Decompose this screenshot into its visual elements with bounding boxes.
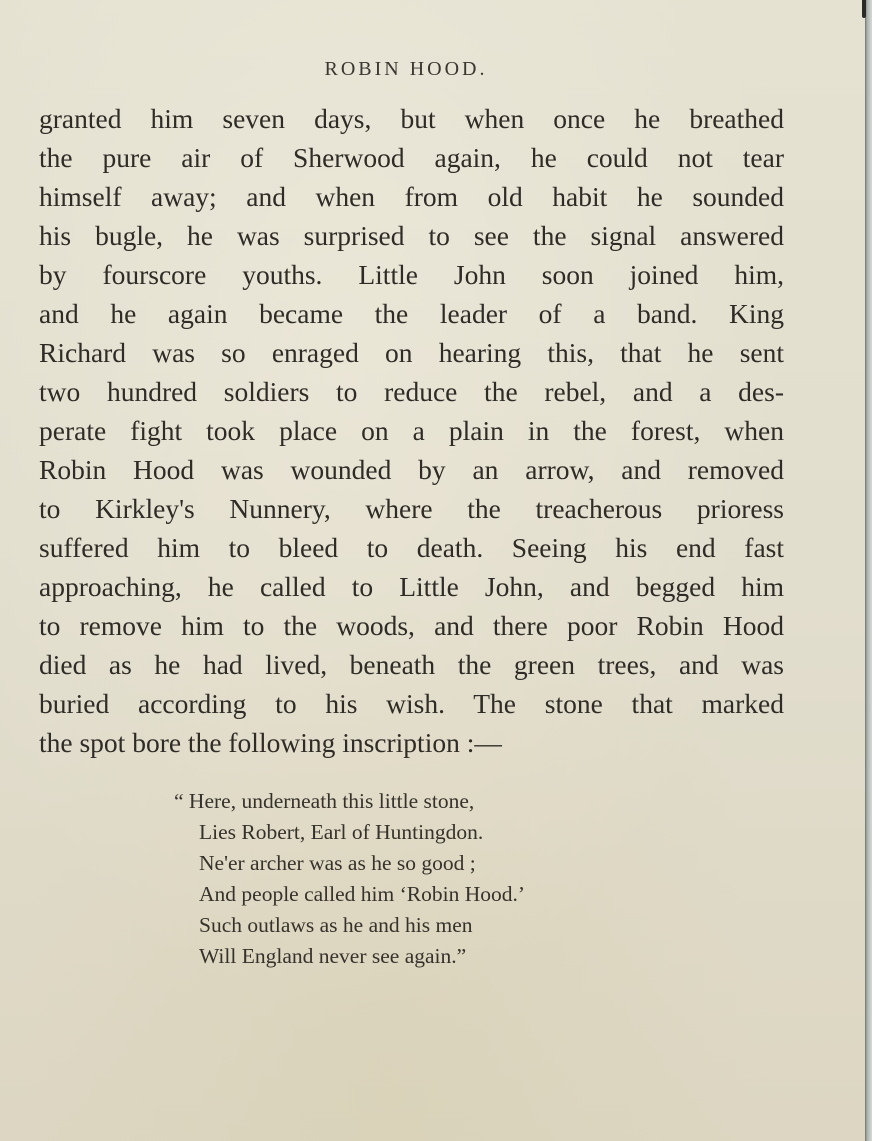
body-paragraph: granted him seven days, but when once he…	[39, 99, 784, 762]
verse-line: And people called him ‘Robin Hood.’	[174, 879, 525, 910]
verse-line: Lies Robert, Earl of Huntingdon.	[174, 817, 525, 848]
paragraph-line: the spot bore the following inscription …	[39, 723, 784, 762]
paragraph-line: to remove him to the woods, and there po…	[39, 606, 784, 645]
verse-line: Will England never see again.”	[174, 941, 525, 972]
paragraph-line: suffered him to bleed to death. Seeing h…	[39, 528, 784, 567]
verse-line: Such outlaws as he and his men	[174, 910, 525, 941]
inscription-verse: “ Here, underneath this little stone, Li…	[174, 786, 525, 972]
paragraph-line: Robin Hood was wounded by an arrow, and …	[39, 450, 784, 489]
paragraph-line: by fourscore youths. Little John soon jo…	[39, 255, 784, 294]
paragraph-line: Richard was so enraged on hearing this, …	[39, 333, 784, 372]
paragraph-line: and he again became the leader of a band…	[39, 294, 784, 333]
paragraph-line: granted him seven days, but when once he…	[39, 99, 784, 138]
verse-line: Ne'er archer was as he so good ;	[174, 848, 525, 879]
paragraph-line: perate fight took place on a plain in th…	[39, 411, 784, 450]
paragraph-line: died as he had lived, beneath the green …	[39, 645, 784, 684]
verse-line: “ Here, underneath this little stone,	[174, 786, 525, 817]
paragraph-line: the pure air of Sherwood again, he could…	[39, 138, 784, 177]
page-edge-mark	[862, 0, 866, 18]
paragraph-line: his bugle, he was surprised to see the s…	[39, 216, 784, 255]
paragraph-line: himself away; and when from old habit he…	[39, 177, 784, 216]
paragraph-line: two hundred soldiers to reduce the rebel…	[39, 372, 784, 411]
running-head: ROBIN HOOD.	[0, 58, 812, 81]
page-edge	[865, 0, 872, 1141]
paragraph-line: buried according to his wish. The stone …	[39, 684, 784, 723]
paragraph-line: to Kirkley's Nunnery, where the treacher…	[39, 489, 784, 528]
paragraph-line: approaching, he called to Little John, a…	[39, 567, 784, 606]
